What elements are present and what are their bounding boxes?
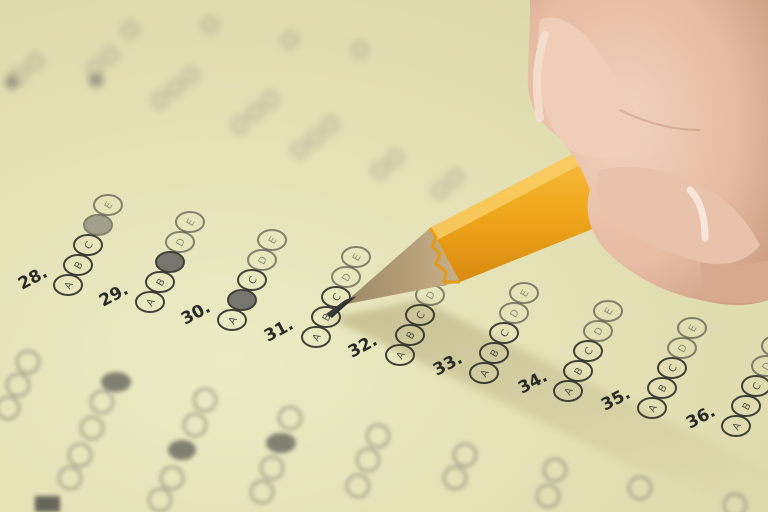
bubble-letter: A	[311, 332, 324, 344]
bubble-letter: D	[425, 289, 439, 301]
bubble-c[interactable]	[156, 252, 184, 272]
bubble-letter: C	[751, 381, 764, 393]
question-number: 30.	[178, 298, 214, 330]
bubble-letter: D	[341, 271, 355, 283]
bubble-letter: E	[185, 217, 198, 228]
question-number: 29.	[96, 280, 132, 312]
question-35: 35.ABCDE	[598, 318, 706, 418]
bubble-b[interactable]	[228, 290, 256, 310]
bubble-letter: E	[603, 306, 616, 317]
question-number: 28.	[15, 263, 51, 295]
bubble-letter: C	[247, 275, 260, 287]
question-number: 36.	[683, 402, 719, 434]
bubble-letter: E	[267, 235, 280, 246]
bubble-letter: E	[103, 200, 116, 211]
bubble-letter: E	[687, 323, 700, 334]
bubble-letter: C	[583, 346, 596, 358]
bubble-letter: C	[331, 292, 344, 304]
question-28: 28.ABCE	[15, 195, 122, 295]
bubble-letter: E	[351, 252, 364, 263]
bubble-letter: A	[731, 421, 744, 433]
bubble-letter: D	[593, 325, 607, 337]
bubble-letter: C	[499, 328, 512, 340]
bubble-letter: B	[73, 260, 86, 272]
bubble-letter: D	[175, 236, 189, 248]
bubble-letter: C	[83, 240, 96, 252]
bubble-letter: D	[761, 360, 768, 372]
bubble-letter: B	[155, 277, 168, 289]
bubble-letter: A	[227, 315, 240, 327]
bubble-letter: B	[741, 401, 754, 413]
bubble-letter: B	[657, 383, 670, 395]
bubble-letter: A	[63, 280, 76, 292]
question-number: 31.	[261, 315, 297, 347]
bubble-letter: E	[519, 288, 532, 299]
bubble-letter: D	[677, 342, 691, 354]
bubble-letter: A	[145, 297, 158, 309]
background-bubbles	[5, 18, 462, 197]
photo-illustration: 28.ABCE29.ABDE30.ACDE31.ABCDE32.ABCDE33.…	[0, 0, 768, 512]
bubble-letter: C	[667, 363, 680, 375]
bubble-e[interactable]	[762, 336, 768, 356]
bubble-d[interactable]	[84, 215, 112, 235]
bubble-letter: D	[509, 307, 523, 319]
bubble-letter: D	[257, 254, 271, 266]
hand	[528, 0, 768, 305]
answer-sheet-photo: 28.ABCE29.ABDE30.ACDE31.ABCDE32.ABCDE33.…	[0, 0, 768, 512]
